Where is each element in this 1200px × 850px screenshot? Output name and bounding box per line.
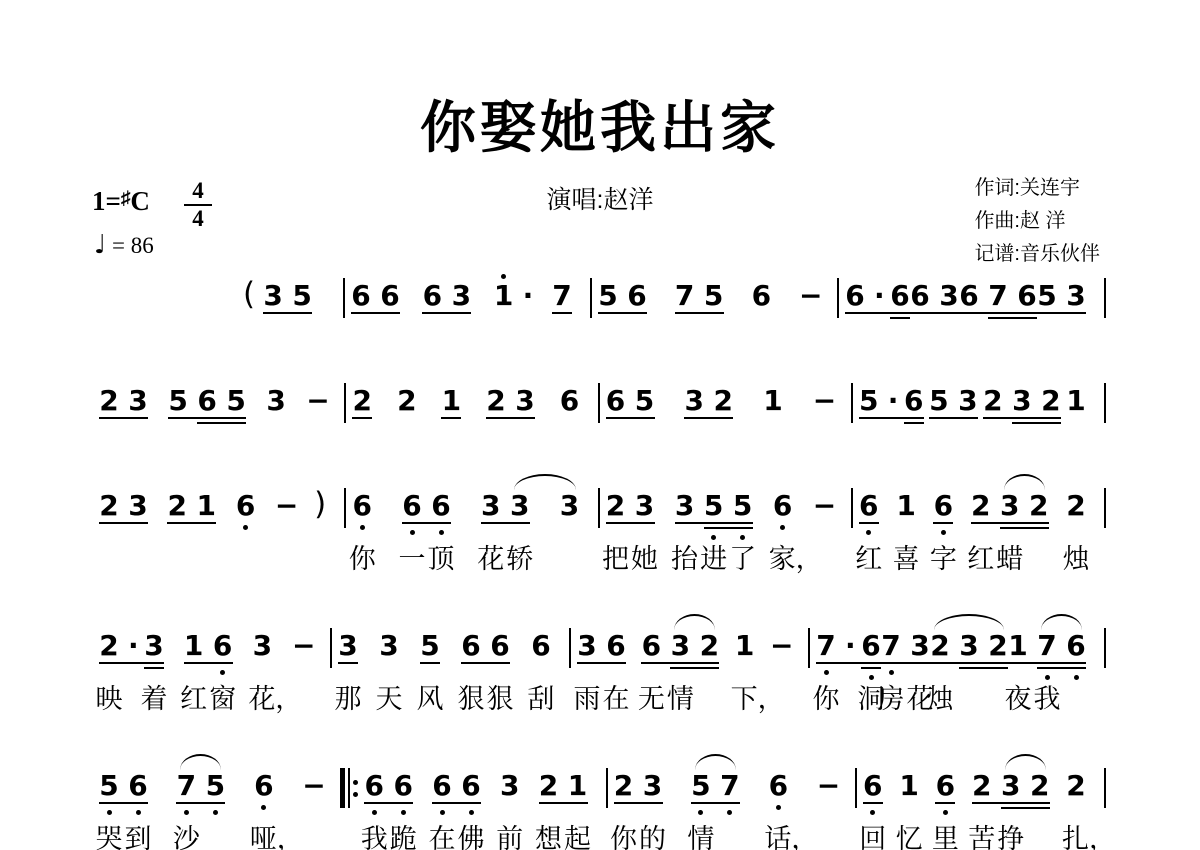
- beam-line: [99, 417, 148, 419]
- note: 2: [606, 492, 626, 520]
- beam-line: [402, 522, 451, 524]
- dash-note: −: [302, 772, 322, 800]
- note-group: 2: [1066, 772, 1086, 800]
- score-line: 23216−)666333233556−6162322你一顶花轿把她抬进了家，红…: [93, 492, 1106, 522]
- note: 5: [99, 772, 119, 800]
- measure: 221236: [346, 387, 597, 415]
- lyric-syllable: 想: [535, 824, 562, 850]
- low-octave-dot: [261, 805, 266, 810]
- note: 6: [1017, 282, 1037, 310]
- note: 5: [420, 632, 440, 660]
- note: 3: [500, 772, 520, 800]
- measure: 56756−: [93, 772, 340, 800]
- note: 6: [641, 632, 661, 660]
- note: 6: [236, 492, 256, 520]
- note: 3: [684, 387, 704, 415]
- beam-line: [167, 522, 216, 524]
- note-group: 75: [176, 772, 225, 800]
- note: 6: [890, 282, 910, 310]
- note: 5: [704, 492, 724, 520]
- slur-arc: [514, 474, 576, 490]
- note-group: 1: [763, 387, 783, 415]
- low-octave-dot: [220, 670, 225, 675]
- slur-arc: [934, 614, 1004, 630]
- lyric-syllable: 雨: [574, 684, 601, 714]
- slur-arc: [1041, 614, 1082, 630]
- note: 7: [176, 772, 196, 800]
- note: 1: [896, 492, 916, 520]
- lyric-syllable: 苦: [968, 824, 995, 850]
- beam-line: [972, 802, 1050, 804]
- dash-note: −: [275, 492, 295, 520]
- lyric-syllable: 了: [729, 544, 756, 574]
- note: 1: [441, 387, 461, 415]
- beam-line: [1008, 662, 1086, 664]
- lyric-syllable: 佛: [458, 824, 485, 850]
- beam-line: [99, 802, 148, 804]
- note: 7: [1037, 632, 1057, 660]
- beam-line-2: [144, 667, 164, 669]
- low-octave-dot: [740, 535, 745, 540]
- note: 3: [675, 492, 695, 520]
- note-group: 56: [598, 282, 647, 310]
- lyric-syllable: 红: [180, 684, 207, 714]
- note-group: 6: [863, 772, 883, 800]
- augmentation-dot: ·: [128, 632, 135, 660]
- note: 1: [763, 387, 783, 415]
- note-group: 1: [896, 492, 916, 520]
- beam-line: [606, 522, 655, 524]
- note: 7: [816, 632, 836, 660]
- note: 7: [552, 282, 572, 310]
- lyric-syllable: 抬: [671, 544, 698, 574]
- note: 2: [930, 632, 950, 660]
- barline: [1104, 768, 1106, 808]
- low-octave-dot: [711, 535, 716, 540]
- note: 3: [959, 632, 979, 660]
- score-line: 56756−666632123576−6162322哭到沙哑，我跪在佛前想起你的…: [93, 772, 1106, 802]
- beam-line: [364, 802, 413, 804]
- note-group: 2: [1066, 492, 1086, 520]
- note: 6: [935, 772, 955, 800]
- beam-line: [263, 312, 312, 314]
- low-octave-dot: [870, 810, 875, 815]
- note-group: 57: [691, 772, 740, 800]
- beam-line-2: [1037, 667, 1086, 669]
- note-group: 16: [184, 632, 233, 660]
- note-group: 63: [910, 282, 959, 310]
- note: 2: [983, 387, 1003, 415]
- note-group: 66: [351, 282, 400, 310]
- note: 3: [266, 387, 286, 415]
- note: 6: [859, 492, 879, 520]
- beam-line: [432, 802, 481, 804]
- score-line: 235653−22123665321−5·6532321: [93, 387, 1106, 417]
- low-octave-dot: [780, 525, 785, 530]
- beam-line: [929, 417, 978, 419]
- measure: 66631·7: [345, 282, 590, 310]
- note: 6: [213, 632, 233, 660]
- note-group: 66: [461, 632, 510, 660]
- note: 6: [422, 282, 442, 310]
- measure: 6666321: [358, 772, 605, 800]
- slur-arc: [1005, 754, 1046, 770]
- low-octave-dot: [360, 525, 365, 530]
- beam-line: [352, 417, 372, 419]
- note: 6: [606, 387, 626, 415]
- note: 5: [859, 387, 879, 415]
- lyric-syllable: 把: [602, 544, 629, 574]
- beam-line: [539, 802, 588, 804]
- note-group: 6: [254, 772, 274, 800]
- note-group: 66: [402, 492, 451, 520]
- lyric-syllable: 刮: [528, 684, 555, 714]
- note-group: −: [813, 387, 833, 415]
- beam-line: [959, 312, 1037, 314]
- note: 5: [205, 772, 225, 800]
- beam-line: [910, 312, 959, 314]
- measure: 235653−: [93, 387, 344, 415]
- low-octave-dot: [213, 810, 218, 815]
- note: 2: [167, 492, 187, 520]
- low-octave-dot: [372, 810, 377, 815]
- note: 3: [451, 282, 471, 310]
- lyric-syllable: 烛: [1063, 544, 1090, 574]
- measure: 56756−: [592, 282, 837, 310]
- note-group: 21: [167, 492, 216, 520]
- note: 3: [263, 282, 283, 310]
- note-group: 32: [684, 387, 733, 415]
- note-group: 6: [859, 492, 879, 520]
- note: 3: [510, 492, 530, 520]
- note-group: 7: [552, 282, 572, 310]
- note-group: 3: [252, 632, 272, 660]
- lyric-syllable: 我: [1034, 684, 1061, 714]
- slur-arc: [674, 614, 715, 630]
- note: 3: [1000, 492, 1020, 520]
- note-group: −: [799, 282, 819, 310]
- note: 6: [861, 632, 881, 660]
- barline: [1104, 628, 1106, 668]
- note: 2: [971, 492, 991, 520]
- lyric-syllable: 里: [932, 824, 959, 850]
- note: 2: [99, 387, 119, 415]
- measure: 233556−: [600, 492, 851, 520]
- note: 1: [568, 772, 588, 800]
- low-octave-dot: [184, 810, 189, 815]
- lyric-syllable: 着: [141, 684, 168, 714]
- beam-line: [675, 522, 753, 524]
- note: 7: [881, 632, 901, 660]
- note-group: 1·: [494, 282, 530, 310]
- slur-arc: [180, 754, 221, 770]
- note: 3: [577, 632, 597, 660]
- note-group: −: [770, 632, 790, 660]
- note-group: 21: [539, 772, 588, 800]
- note: 2: [539, 772, 559, 800]
- note-group: 1: [1066, 387, 1086, 415]
- measure: 23216−): [93, 492, 344, 520]
- beam-line: [641, 662, 719, 664]
- note-group: 3: [338, 632, 358, 660]
- note: 5: [168, 387, 188, 415]
- beam-line: [1037, 312, 1086, 314]
- slur-arc: [1004, 474, 1045, 490]
- low-octave-dot: [439, 530, 444, 535]
- lyric-syllable: 挣: [997, 824, 1024, 850]
- note: 2: [1041, 387, 1061, 415]
- note: 7: [675, 282, 695, 310]
- lyric-syllable: 红: [967, 544, 994, 574]
- note: 2: [1066, 492, 1086, 520]
- augmentation-dot: ·: [888, 387, 895, 415]
- measure: 2·3163−: [93, 632, 330, 660]
- beam-line: [614, 802, 663, 804]
- low-octave-dot: [941, 530, 946, 535]
- beam-line: [441, 417, 461, 419]
- beam-line: [675, 312, 724, 314]
- note-group: 23: [606, 492, 655, 520]
- note: 6: [197, 387, 217, 415]
- beam-line: [461, 662, 510, 664]
- note: 2: [1030, 772, 1050, 800]
- note: 5: [635, 387, 655, 415]
- beam-line-2: [890, 317, 910, 319]
- note: 5: [691, 772, 711, 800]
- lyric-syllable: 跪: [390, 824, 417, 850]
- lyric-syllable: 轿: [506, 544, 533, 574]
- lyric-syllable: 她: [631, 544, 658, 574]
- note-group: 232: [983, 387, 1061, 415]
- note: 2: [988, 632, 1008, 660]
- note-group: 53: [929, 387, 978, 415]
- beam-line: [99, 522, 148, 524]
- note-group: 355: [675, 492, 753, 520]
- lyric-syllable: 狠: [487, 684, 514, 714]
- note: 5: [226, 387, 246, 415]
- measure: 6162322: [853, 492, 1104, 520]
- note-group: 6: [768, 772, 788, 800]
- repeat-thin-bar: [348, 768, 350, 808]
- note-group: 565: [168, 387, 246, 415]
- lyric-syllable: 家，: [769, 544, 823, 574]
- lyric-syllable: 情: [687, 824, 714, 850]
- note: 6: [751, 282, 771, 310]
- low-octave-dot: [1045, 675, 1050, 680]
- lyric-syllable: 进: [700, 544, 727, 574]
- note: 3: [144, 632, 164, 660]
- note-group: 3: [266, 387, 286, 415]
- note: 6: [351, 282, 371, 310]
- note-group: 6: [773, 492, 793, 520]
- lyric-syllable: 狠: [458, 684, 485, 714]
- beam-line: [983, 417, 1061, 419]
- augmentation-dot: ·: [845, 632, 852, 660]
- note: 6: [128, 772, 148, 800]
- note: 3: [560, 492, 580, 520]
- note: 2: [99, 492, 119, 520]
- note: 6: [606, 632, 626, 660]
- note: 2: [713, 387, 733, 415]
- note: 6: [531, 632, 551, 660]
- note: 2: [614, 772, 634, 800]
- note-group: 232: [972, 772, 1050, 800]
- dash-note: −: [306, 387, 326, 415]
- note: 2: [397, 387, 417, 415]
- measure: 6·66367653: [839, 282, 1104, 310]
- note-group: 1: [899, 772, 919, 800]
- lyric-syllable: 房: [878, 684, 905, 714]
- note: 2: [486, 387, 506, 415]
- note-group: 6: [933, 492, 953, 520]
- note-group: 6: [935, 772, 955, 800]
- measure: 65321−: [600, 387, 851, 415]
- note-group: 33: [481, 492, 530, 520]
- lyric-syllable: 天: [376, 684, 403, 714]
- barline: [1104, 488, 1106, 528]
- lyric-syllable: 一: [399, 544, 426, 574]
- beam-line: [930, 662, 1008, 664]
- note: 6: [380, 282, 400, 310]
- low-octave-dot: [136, 810, 141, 815]
- note: 6: [560, 387, 580, 415]
- lyric-syllable: 哑，: [250, 824, 304, 850]
- low-octave-dot: [869, 675, 874, 680]
- lyric-syllable: 你: [349, 544, 376, 574]
- note-group: 2: [352, 387, 372, 415]
- note: 1: [1066, 387, 1086, 415]
- note: 5: [598, 282, 618, 310]
- beam-line: [486, 417, 535, 419]
- lyric-syllable: 花，: [248, 684, 302, 714]
- beam-line: [577, 662, 626, 664]
- lyric-syllable: 无: [638, 684, 665, 714]
- note: 6: [904, 387, 924, 415]
- note-group: 1: [735, 632, 755, 660]
- note-group: −: [292, 632, 312, 660]
- augmentation-dot: ·: [523, 282, 530, 310]
- phrase-paren: ): [314, 489, 326, 519]
- lyric-syllable: 红: [855, 544, 882, 574]
- beam-line: [859, 522, 879, 524]
- lyric-syllable: 情: [667, 684, 694, 714]
- lyric-syllable: 话，: [764, 824, 818, 850]
- note: 3: [128, 492, 148, 520]
- low-octave-dot: [889, 670, 894, 675]
- lyric-syllable: 窗: [209, 684, 236, 714]
- beam-line: [971, 522, 1049, 524]
- note-group: 6: [352, 492, 372, 520]
- note: 7: [720, 772, 740, 800]
- beam-line: [420, 662, 440, 664]
- phrase-paren: (: [243, 279, 255, 309]
- lyric-syllable: 蜡: [996, 544, 1023, 574]
- sheet-music-page: 你娶她我出家 演唱:赵洋 作词:关连宇 作曲:赵 洋 记谱:音乐伙伴 1=♯C …: [0, 0, 1200, 850]
- beam-line: [816, 662, 881, 664]
- note: 3: [635, 492, 655, 520]
- beam-line: [338, 662, 358, 664]
- note: 5: [292, 282, 312, 310]
- beam-line-2: [704, 527, 753, 529]
- beam-line-2: [959, 667, 1008, 669]
- beam-line: [99, 662, 164, 664]
- lyric-syllable: 夜: [1005, 684, 1032, 714]
- note-group: −: [302, 772, 322, 800]
- note: 3: [1066, 282, 1086, 310]
- beam-line-2: [197, 422, 246, 424]
- note: 6: [933, 492, 953, 520]
- lyric-syllable: 风: [417, 684, 444, 714]
- note: 6: [627, 282, 647, 310]
- barline: [1104, 278, 1106, 318]
- note: 3: [1001, 772, 1021, 800]
- slur-arc: [695, 754, 736, 770]
- note-group: 66: [432, 772, 481, 800]
- note: 6: [352, 492, 372, 520]
- note-group: 6: [560, 387, 580, 415]
- lyric-syllable: 花: [477, 544, 504, 574]
- lyric-syllable: 回: [859, 824, 886, 850]
- note: 2: [1066, 772, 1086, 800]
- measure: 335666: [332, 632, 569, 660]
- note: 6: [490, 632, 510, 660]
- low-octave-dot: [243, 525, 248, 530]
- beam-line: [691, 802, 740, 804]
- note: 7: [988, 282, 1008, 310]
- note: 5: [733, 492, 753, 520]
- note-group: 23: [99, 387, 148, 415]
- beam-line: [863, 802, 883, 804]
- note: 3: [958, 387, 978, 415]
- beam-line: [933, 522, 953, 524]
- lyric-syllable: 起: [564, 824, 591, 850]
- note: 3: [1012, 387, 1032, 415]
- low-octave-dot: [824, 670, 829, 675]
- note-group: 7·6: [816, 632, 881, 660]
- low-octave-dot: [727, 810, 732, 815]
- score-line: 2·3163−335666366321−7·673232176映着红窗花，那天风…: [93, 632, 1106, 662]
- beam-line-2: [988, 317, 1037, 319]
- repeat-begin-barline: [340, 768, 358, 808]
- beam-line-2: [1000, 527, 1049, 529]
- note: 5: [929, 387, 949, 415]
- note: 6: [461, 632, 481, 660]
- low-octave-dot: [943, 810, 948, 815]
- note-group: 632: [641, 632, 719, 660]
- note-group: −: [817, 772, 837, 800]
- beam-line: [935, 802, 955, 804]
- lyric-syllable: 忆: [896, 824, 923, 850]
- beam-line: [598, 312, 647, 314]
- note: 3: [910, 632, 930, 660]
- note: 2: [699, 632, 719, 660]
- lyric-syllable: 映: [96, 684, 123, 714]
- beam-line: [881, 662, 930, 664]
- note: 3: [338, 632, 358, 660]
- low-octave-dot: [866, 530, 871, 535]
- low-octave-dot: [401, 810, 406, 815]
- beam-line: [552, 312, 572, 314]
- note-group: 75: [675, 282, 724, 310]
- measure: 7·673232176: [810, 632, 1104, 660]
- low-octave-dot: [1074, 675, 1079, 680]
- dash-note: −: [292, 632, 312, 660]
- dash-note: −: [817, 772, 837, 800]
- beam-line: [351, 312, 400, 314]
- note: 3: [670, 632, 690, 660]
- lyric-syllable: 我: [361, 824, 388, 850]
- measure: 23576−: [608, 772, 855, 800]
